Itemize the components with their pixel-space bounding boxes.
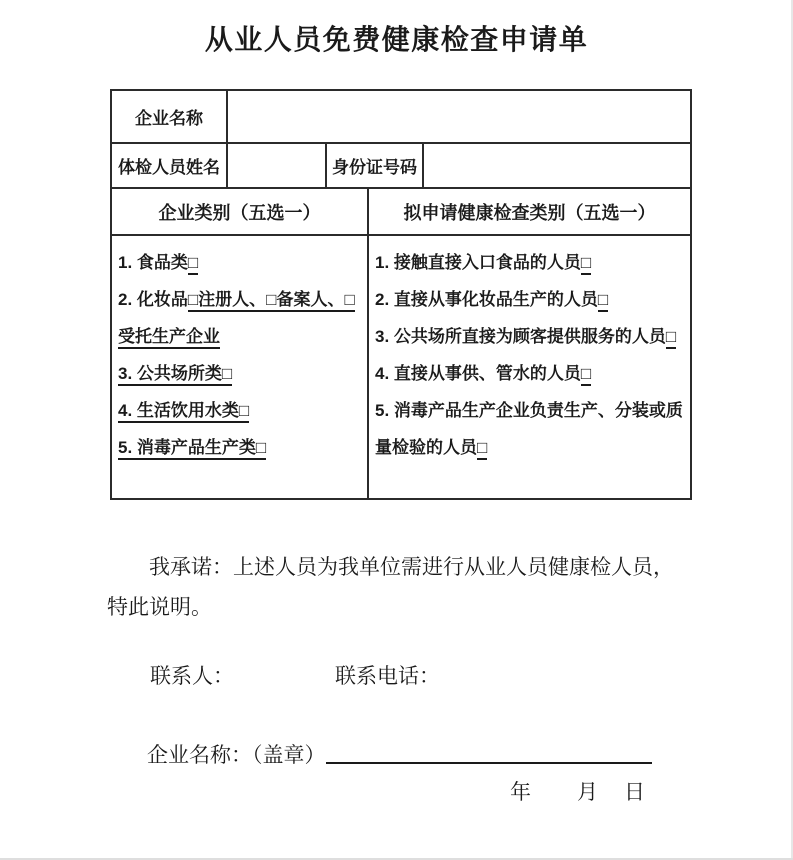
person-name-label-cell: 体检人员姓名	[112, 144, 228, 187]
row-category-headers: 企业类别（五选一） 拟申请健康检查类别（五选一）	[112, 189, 690, 236]
checkbox-glyph: □	[666, 327, 676, 349]
date-year-label: 年	[510, 780, 531, 804]
company-category-item-2-wrap: 受托生产企业	[118, 318, 363, 355]
check-category-header: 拟申请健康检查类别（五选一）	[404, 199, 656, 225]
declaration-paragraph: 我承诺：上述人员为我单位需进行从业人员健康检人员， 特此说明。	[107, 547, 693, 627]
checkbox-glyph: □	[477, 438, 487, 460]
check-category-item-5: 5. 消毒产品生产企业负责生产、分装或质	[375, 392, 686, 429]
underlined-segment-with-checkbox: □	[188, 253, 198, 275]
contact-row: 联系人：联系电话：	[150, 660, 440, 690]
row-category-options: 1. 食品类□ 2. 化妆品□注册人、□备案人、□ 受托生产企业 3. 公共场所…	[112, 236, 690, 498]
underlined-segment-with-checkbox: 4. 生活饮用水类□	[118, 401, 249, 423]
row-person-id: 体检人员姓名 身份证号码	[112, 144, 690, 189]
row-company-name: 企业名称	[112, 91, 690, 144]
item-text: 2. 化妆品	[118, 290, 188, 309]
item-text: 4. 直接从事供、管水的人员	[375, 364, 581, 383]
date-row: 年月日	[510, 776, 645, 806]
company-category-item-2: 2. 化妆品□注册人、□备案人、□	[118, 281, 363, 318]
check-category-item-3: 3. 公共场所直接为顾客提供服务的人员□	[375, 318, 686, 355]
company-category-item-3: 3. 公共场所类□	[118, 355, 363, 392]
underlined-segment-with-checkbox: □注册人、□备案人、□	[188, 290, 355, 312]
id-number-value-cell	[424, 144, 690, 187]
check-category-item-5-wrap: 量检验的人员□	[375, 429, 686, 466]
item-text: 1. 食品类	[118, 253, 188, 272]
checkbox-glyph: □	[581, 253, 591, 275]
date-month-label: 月	[577, 780, 598, 804]
page-title: 从业人员免费健康检查申请单	[0, 18, 793, 58]
application-form-page: 从业人员免费健康检查申请单 企业名称 体检人员姓名 身份证号码	[0, 0, 793, 860]
check-category-header-cell: 拟申请健康检查类别（五选一）	[369, 189, 690, 234]
company-category-item-1: 1. 食品类□	[118, 244, 363, 281]
id-number-label-cell: 身份证号码	[327, 144, 424, 187]
seal-row: 企业名称：（盖章）	[147, 739, 652, 769]
check-category-list: 1. 接触直接入口食品的人员□ 2. 直接从事化妆品生产的人员□ 3. 公共场所…	[369, 236, 690, 498]
declaration-line-2: 特此说明。	[107, 587, 693, 627]
date-day-label: 日	[624, 780, 645, 804]
id-number-label: 身份证号码	[332, 153, 417, 178]
check-category-item-4: 4. 直接从事供、管水的人员□	[375, 355, 686, 392]
person-name-label: 体检人员姓名	[118, 153, 220, 178]
contact-phone-label: 联系电话：	[335, 664, 440, 688]
check-category-item-1: 1. 接触直接入口食品的人员□	[375, 244, 686, 281]
checkbox-glyph: □	[598, 290, 608, 312]
company-category-list: 1. 食品类□ 2. 化妆品□注册人、□备案人、□ 受托生产企业 3. 公共场所…	[112, 236, 369, 498]
underlined-segment: 受托生产企业	[118, 327, 220, 349]
contact-person-label: 联系人：	[150, 664, 234, 688]
person-name-value-cell	[228, 144, 327, 187]
company-name-label: 企业名称	[135, 104, 203, 129]
company-name-label-cell: 企业名称	[112, 91, 228, 142]
company-category-item-4: 4. 生活饮用水类□	[118, 392, 363, 429]
item-text: 2. 直接从事化妆品生产的人员	[375, 290, 598, 309]
declaration-line-1: 我承诺：上述人员为我单位需进行从业人员健康检人员，	[107, 547, 693, 587]
company-category-item-5: 5. 消毒产品生产类□	[118, 429, 363, 466]
company-category-header: 企业类别（五选一）	[159, 199, 321, 225]
form-table: 企业名称 体检人员姓名 身份证号码 企业类别（五选一）	[110, 89, 692, 500]
company-name-value-cell	[228, 91, 690, 142]
signature-line	[326, 761, 652, 764]
item-text: 1. 接触直接入口食品的人员	[375, 253, 581, 272]
check-category-item-2: 2. 直接从事化妆品生产的人员□	[375, 281, 686, 318]
company-category-header-cell: 企业类别（五选一）	[112, 189, 369, 234]
checkbox-glyph: □	[581, 364, 591, 386]
underlined-segment-with-checkbox: 3. 公共场所类□	[118, 364, 232, 386]
item-text: 5. 消毒产品生产企业负责生产、分装或质	[375, 401, 683, 420]
underlined-segment-with-checkbox: 5. 消毒产品生产类□	[118, 438, 266, 460]
item-text: 3. 公共场所直接为顾客提供服务的人员	[375, 327, 666, 346]
item-text: 量检验的人员	[375, 438, 477, 457]
company-seal-label: 企业名称：（盖章）	[147, 743, 326, 767]
